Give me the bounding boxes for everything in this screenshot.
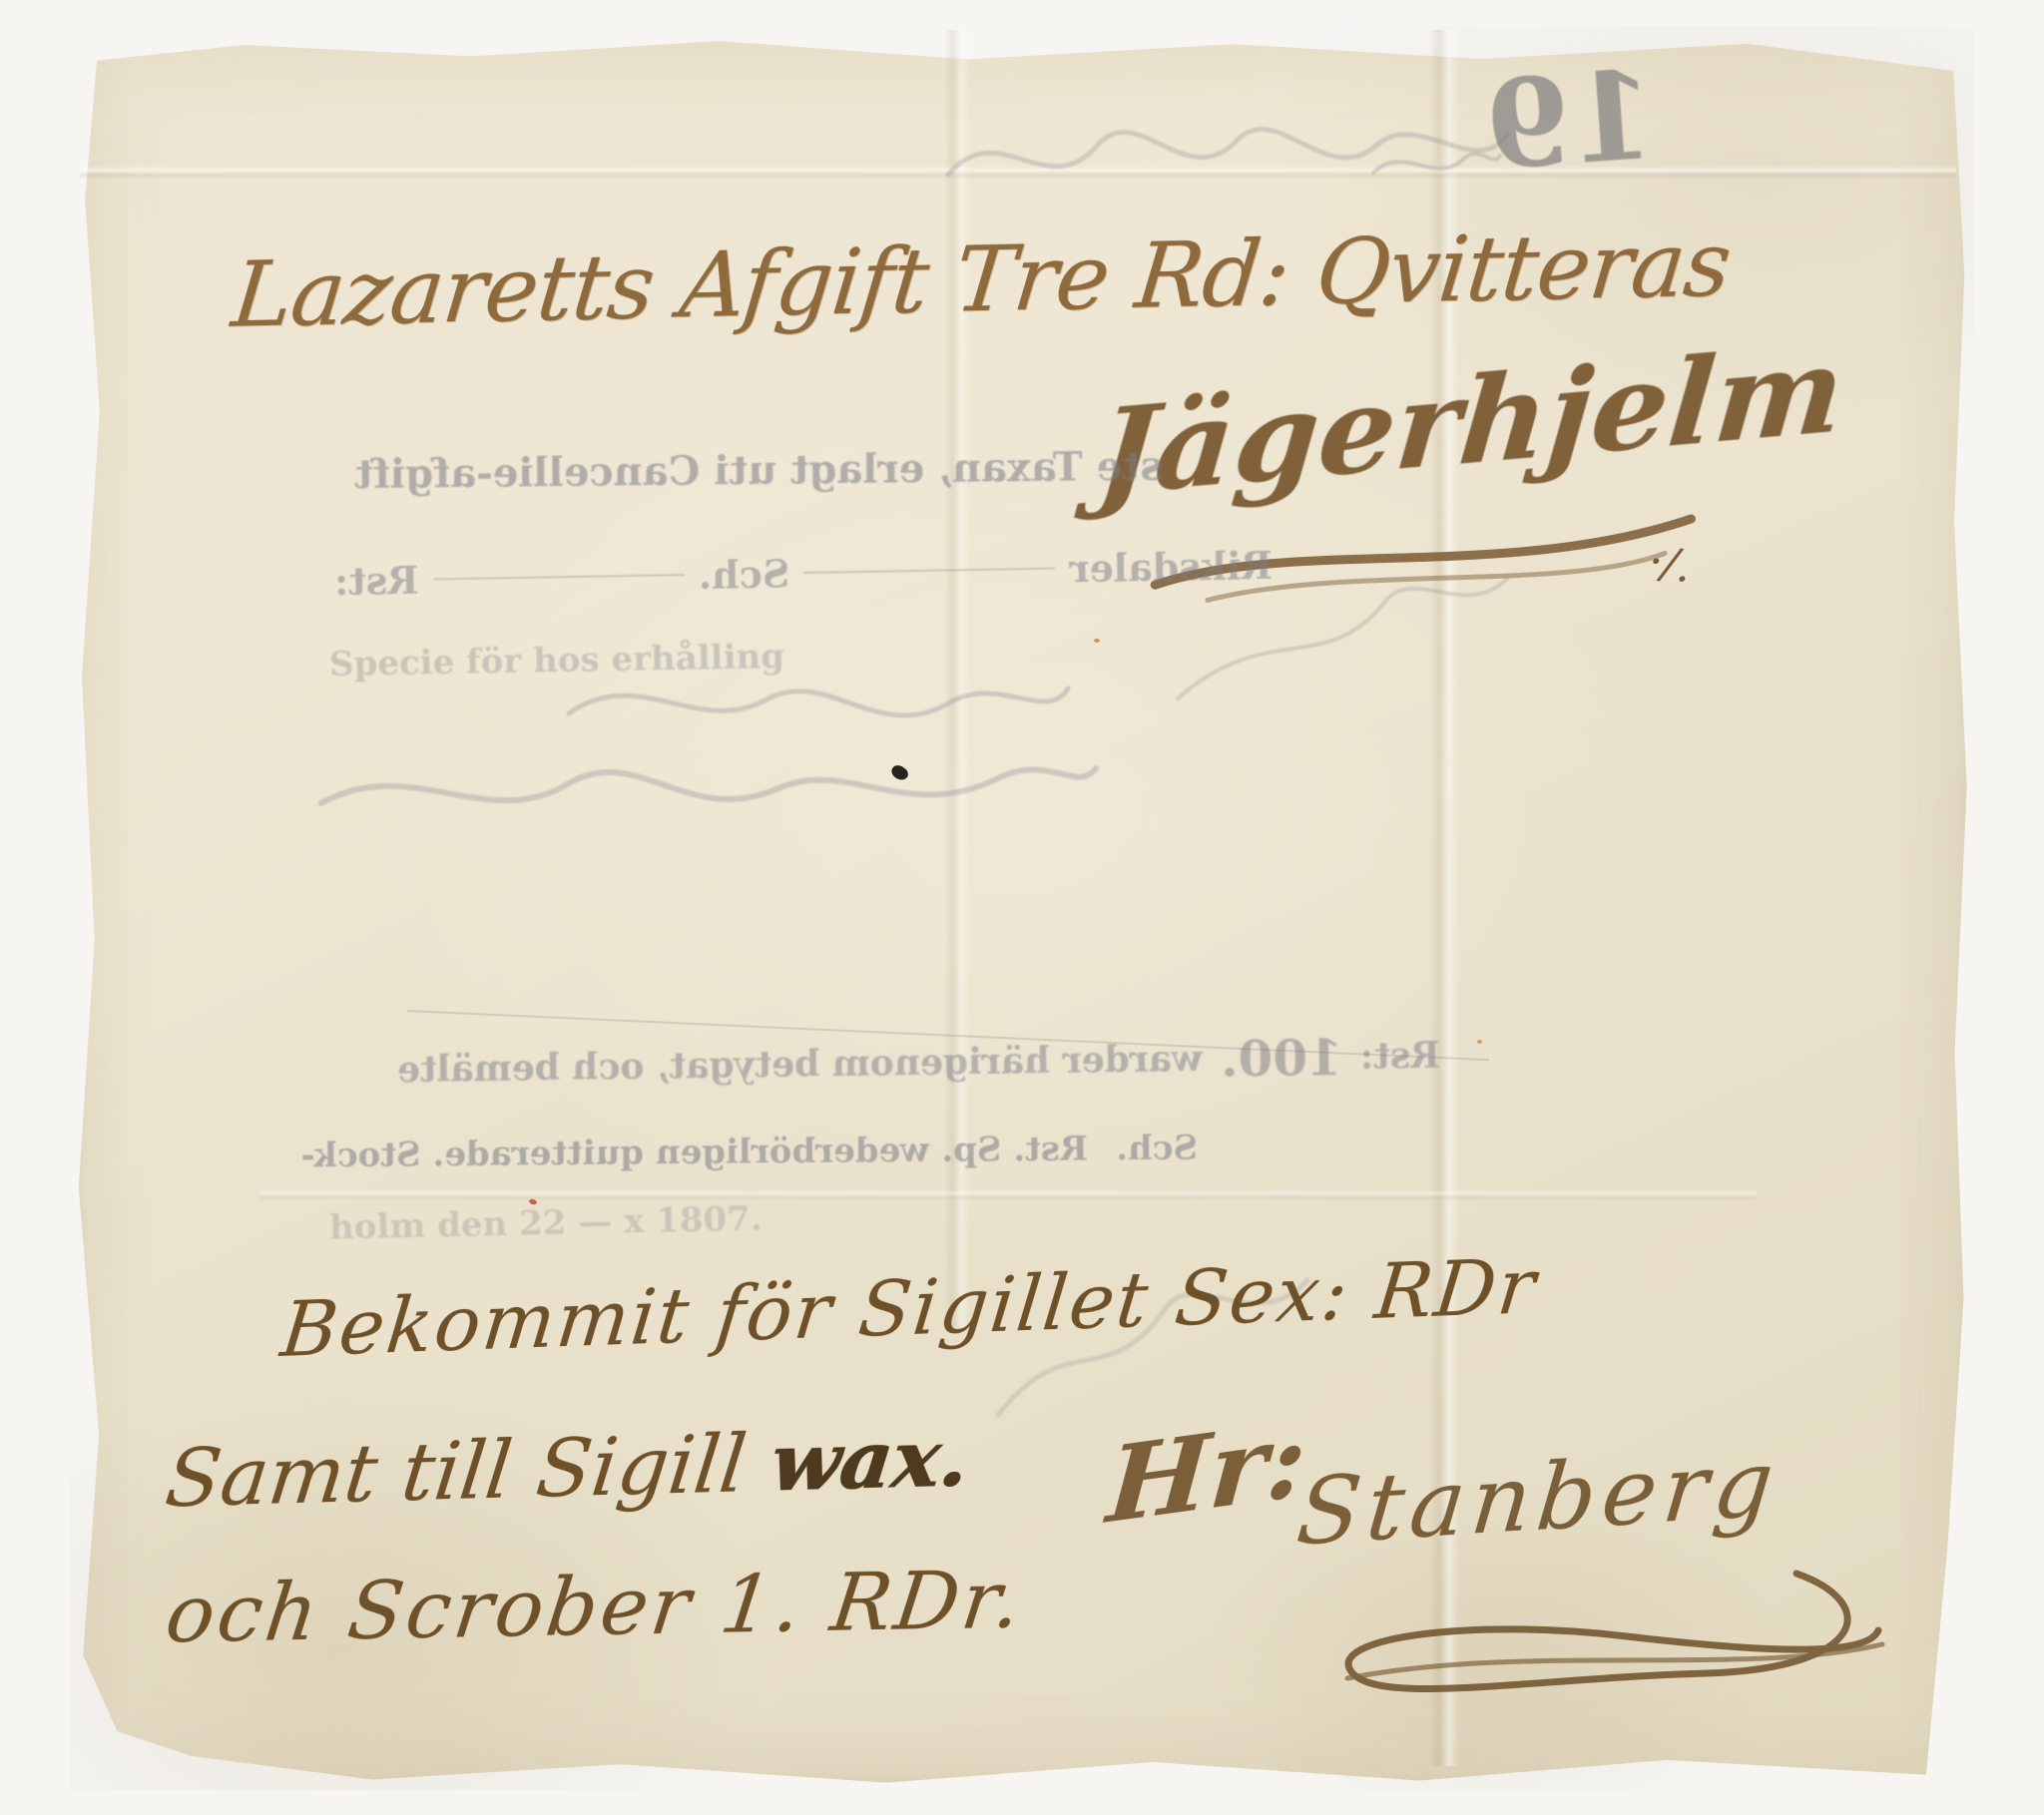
bleedthrough-betygat-text: warder härigenom betygat, och bemälte (397, 1038, 1204, 1091)
bleedthrough-betygat-unit: Rst: (1360, 1035, 1441, 1078)
orange-speck (1094, 639, 1100, 643)
bleedthrough-amount-100: 100. (1221, 1028, 1343, 1089)
handwriting-line-och: och Scrober 1. RDr. (161, 1554, 1029, 1661)
bleedthrough-taxan-line: ste Taxan, erlagt uti Cancellie-afgift (334, 443, 1163, 499)
signature-stanberg-paraph (1327, 1549, 1886, 1728)
bleedthrough-rule-line (803, 568, 1055, 574)
bleedthrough-quitterade-text: Rst. Sp. wederbörligen quitterade. Stock… (300, 1129, 1088, 1175)
signature-paraph-mark: ·/. (1645, 536, 1696, 594)
bleedthrough-money-sch: Sch. (698, 551, 789, 598)
handwriting-samt-text: Samt till Sigill (161, 1417, 776, 1526)
ghost-script-lower-mid (309, 723, 1108, 843)
bleedthrough-money-rst: Rst: (334, 557, 419, 603)
scan-stage: 19 Lazaretts Afgift Tre Rd: Qvitteras Jä… (0, 0, 2044, 1815)
handwriting-wax-text: wax. (766, 1411, 973, 1510)
bleedthrough-betygat-row: Rst: 100. warder härigenom betygat, och … (397, 1021, 1441, 1106)
bleedthrough-quitterade-lead: Sch. (1116, 1128, 1198, 1168)
ghost-script-near-stamp (1365, 128, 1505, 198)
ghost-script-under-signature (1148, 559, 1527, 708)
orange-speck (1477, 1040, 1482, 1044)
bleedthrough-rule-line (433, 574, 685, 580)
bleedthrough-quitterade-row: Sch. Rst. Sp. wederbörligen quitterade. … (389, 1120, 1198, 1182)
